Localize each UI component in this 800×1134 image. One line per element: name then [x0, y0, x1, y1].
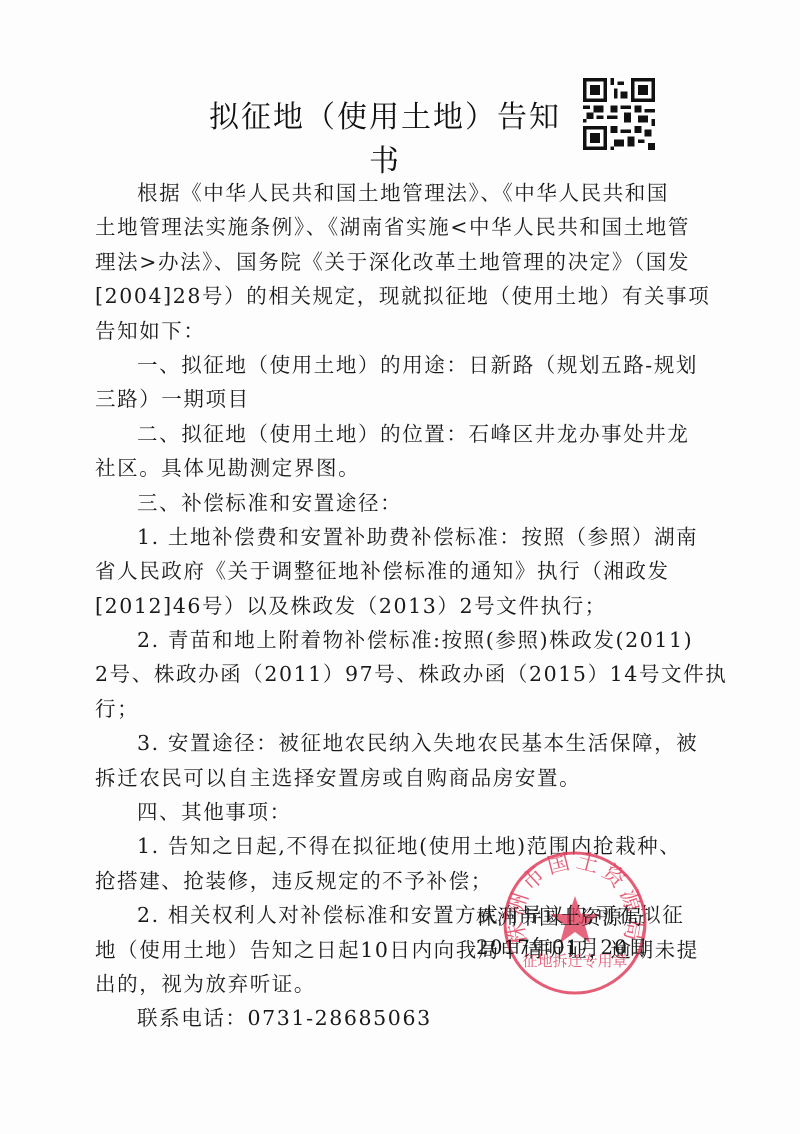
body-line: 2号、株政办函（2011）97号、株政办函（2015）14号文件执 [95, 657, 715, 691]
body-line: 理法>办法》、国务院《关于深化改革土地管理的决定》（国发 [95, 245, 715, 279]
body-line: [2012]46号）以及株政发（2013）2号文件执行； [95, 589, 715, 623]
body-line: [2004]28号）的相关规定，现就拟征地（使用土地）有关事项 [95, 279, 715, 313]
body-line: 根据《中华人民共和国土地管理法》、《中华人民共和国 [95, 176, 715, 210]
body-line: 告知如下： [95, 314, 715, 348]
document-title: 拟征地（使用土地）告知书 [200, 92, 570, 180]
list-item: 3. 安置途径：被征地农民纳入失地农民基本生活保障，被 [95, 726, 715, 760]
section-heading: 二、拟征地（使用土地）的位置：石峰区井龙办事处井龙 [95, 417, 715, 451]
body-line: 社区。具体见勘测定界图。 [95, 451, 715, 485]
section-heading: 四、其他事项： [95, 795, 715, 829]
section-heading: 三、补偿标准和安置途径： [95, 486, 715, 520]
issuing-organization: 株洲市国土资源局 [476, 902, 649, 932]
body-line: 土地管理法实施条例》、《湖南省实施<中华人民共和国土地管 [95, 210, 715, 244]
body-line: 省人民政府《关于调整征地补偿标准的通知》执行（湘政发 [95, 554, 715, 588]
document-page: 拟征地（使用土地）告知书 根据《中华人民共和国土地管理法》、《中华人民共和国 土… [0, 0, 800, 1134]
issue-date: 2017年01月20日 [476, 932, 649, 962]
list-item: 1. 土地补偿费和安置补助费补偿标准：按照（参照）湖南 [95, 520, 715, 554]
list-item: 2. 青苗和地上附着物补偿标准:按照(参照)株政发(2011) [95, 623, 715, 657]
section-heading: 一、拟征地（使用土地）的用途：日新路（规划五路-规划 [95, 348, 715, 382]
contact-phone: 联系电话：0731-28685063 [95, 1001, 715, 1035]
body-line: 行； [95, 692, 715, 726]
qr-code-icon [583, 78, 655, 150]
signature-block: 株洲市国土资源局 2017年01月20日 [476, 902, 649, 962]
body-line: 三路）一期项目 [95, 382, 715, 416]
body-line: 拆迁农民可以自主选择安置房或自购商品房安置。 [95, 761, 715, 795]
